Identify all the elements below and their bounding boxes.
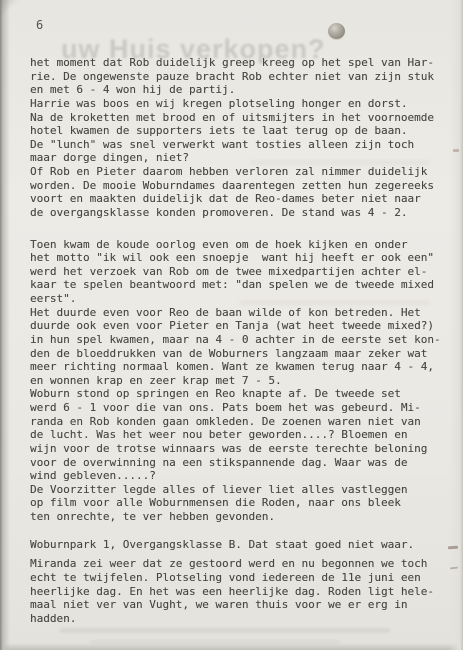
paragraph-mixed-matches: Toen kwam de koude oorlog even om de hoe… bbox=[30, 238, 454, 524]
paragraph-match-report: het moment dat Rob duidelijk greep kreeg… bbox=[30, 56, 454, 220]
scanned-page: uw Huis verkopen? 6 het moment dat Rob d… bbox=[0, 0, 463, 650]
page-number: 6 bbox=[36, 18, 44, 32]
paragraph-miranda: Miranda zei weer dat ze gestoord werd en… bbox=[30, 557, 454, 625]
pen-margin-mark bbox=[448, 546, 458, 549]
ball-icon bbox=[328, 23, 345, 39]
bleed-through-smudge bbox=[250, 160, 430, 165]
pen-margin-mark bbox=[450, 567, 458, 570]
bleed-through-smudge bbox=[60, 628, 390, 633]
pen-margin-mark bbox=[453, 149, 459, 152]
paragraph-woburnpark: Woburnpark 1, Overgangsklasse B. Dat sta… bbox=[30, 538, 454, 552]
bleed-through-smudge bbox=[240, 300, 430, 305]
bleed-through-smudge bbox=[90, 640, 340, 644]
typewritten-text: het moment dat Rob duidelijk greep kreeg… bbox=[30, 56, 454, 625]
